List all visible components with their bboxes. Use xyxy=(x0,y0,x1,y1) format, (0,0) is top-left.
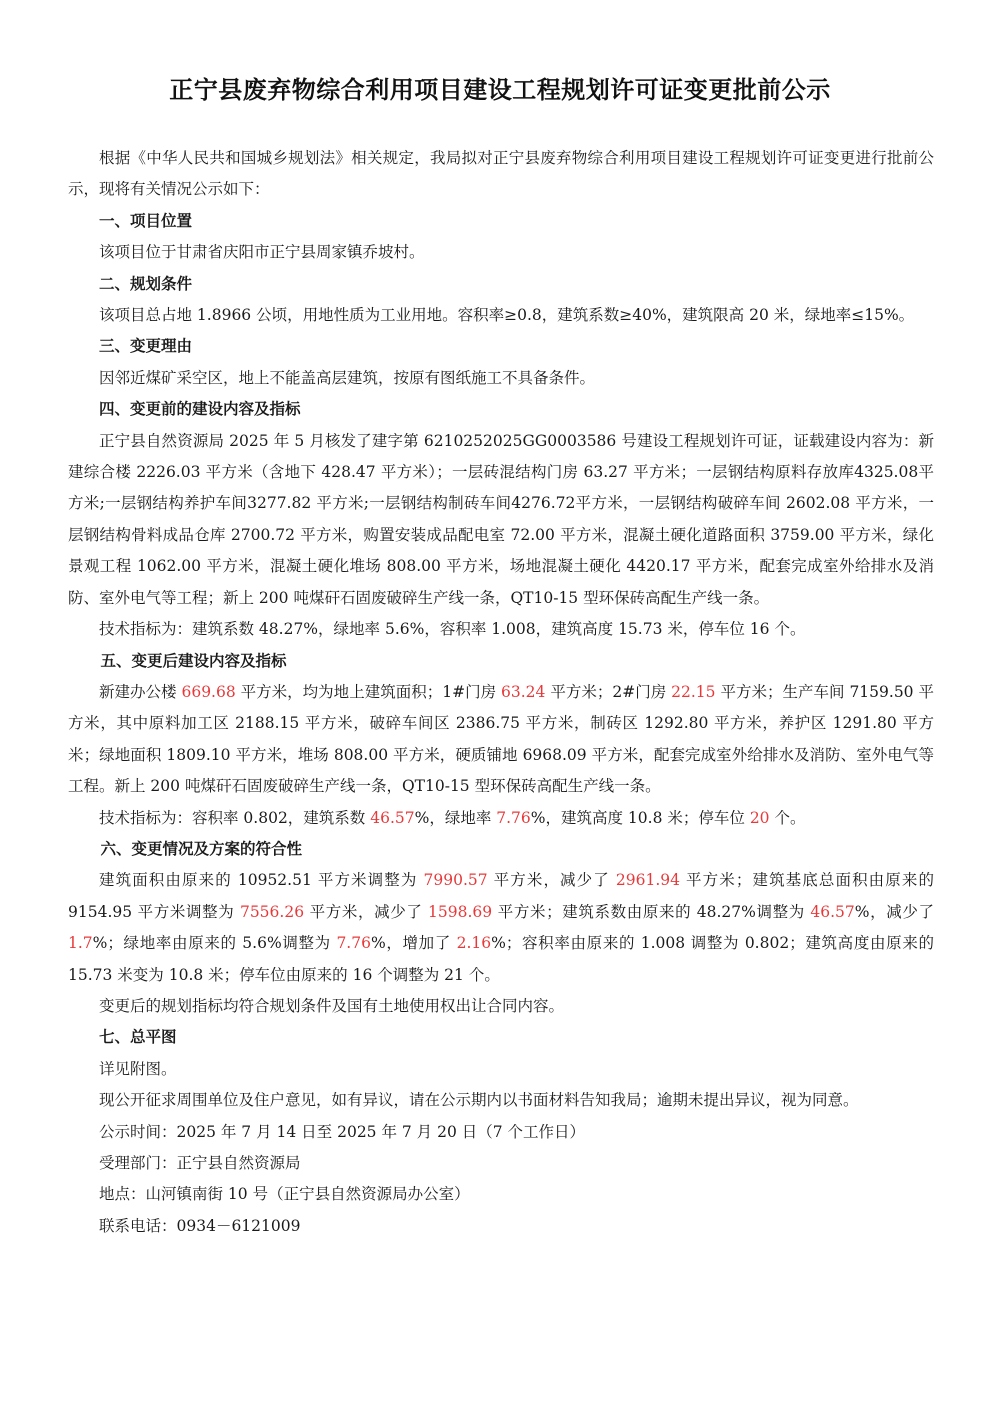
solicit-paragraph: 现公开征求周围单位及住户意见，如有异议，请在公示期内以书面材料告知我局；逾期未提… xyxy=(68,1085,934,1116)
green-rate-value: 7.76 xyxy=(496,809,531,827)
section-heading-compliance: 六、变更情况及方案的符合性 xyxy=(68,834,934,865)
text-segment: 平方米，均为地上建筑面积；1#门房 xyxy=(236,683,501,701)
text-segment: %，减少了 xyxy=(855,903,934,921)
text-segment: 个。 xyxy=(770,809,806,827)
contact-phone: 联系电话：0934－6121009 xyxy=(68,1211,934,1242)
planning-conditions-text: 该项目总占地 1.8966 公顷，用地性质为工业用地。容积率≥0.8，建筑系数≥… xyxy=(68,300,934,331)
compliance-content: 建筑面积由原来的 10952.51 平方米调整为 7990.57 平方米，减少了… xyxy=(68,865,934,991)
section-heading-before-change: 四、变更前的建设内容及指标 xyxy=(68,394,934,425)
before-change-content: 正宁县自然资源局 2025 年 5 月核发了建字第 6210252025GG00… xyxy=(68,426,934,614)
notice-page: 正宁县废弃物综合利用项目建设工程规划许可证变更批前公示 根据《中华人民共和国城乡… xyxy=(0,0,1000,1414)
location-text: 该项目位于甘肃省庆阳市正宁县周家镇乔坡村。 xyxy=(68,237,934,268)
building-coef-value: 46.57 xyxy=(370,809,414,827)
after-change-indicators: 技术指标为：容积率 0.802，建筑系数 46.57%，绿地率 7.76%，建筑… xyxy=(68,803,934,834)
base-diff-value: 1598.69 xyxy=(428,903,492,921)
gate1-area-value: 63.24 xyxy=(501,683,545,701)
section-heading-after-change: 五、变更后建设内容及指标 xyxy=(68,646,934,677)
office-area-value: 669.68 xyxy=(181,683,235,701)
text-segment: 平方米，减少了 xyxy=(488,871,616,889)
text-segment: 新建办公楼 xyxy=(99,683,181,701)
notice-period: 公示时间：2025 年 7 月 14 日至 2025 年 7 月 20 日（7 … xyxy=(68,1117,934,1148)
coef-diff-value: 1.7 xyxy=(68,934,93,952)
area-diff-value: 2961.94 xyxy=(616,871,680,889)
green-new-value: 7.76 xyxy=(336,934,371,952)
compliance-conclusion: 变更后的规划指标均符合规划条件及国有土地使用权出让合同内容。 xyxy=(68,991,934,1022)
green-diff-value: 2.16 xyxy=(457,934,492,952)
page-title: 正宁县废弃物综合利用项目建设工程规划许可证变更批前公示 xyxy=(0,70,1000,105)
area-new-value: 7990.57 xyxy=(424,871,488,889)
section-heading-location: 一、项目位置 xyxy=(68,206,934,237)
section-heading-change-reason: 三、变更理由 xyxy=(68,331,934,362)
base-new-value: 7556.26 xyxy=(240,903,304,921)
intro-paragraph: 根据《中华人民共和国城乡规划法》相关规定，我局拟对正宁县废弃物综合利用项目建设工… xyxy=(68,143,934,206)
site-plan-text: 详见附图。 xyxy=(68,1054,934,1085)
text-segment: 平方米；2#门房 xyxy=(545,683,671,701)
section-heading-site-plan: 七、总平图 xyxy=(68,1022,934,1053)
text-segment: %，绿地率 xyxy=(415,809,497,827)
text-segment: 技术指标为：容积率 0.802，建筑系数 xyxy=(99,809,370,827)
parking-value: 20 xyxy=(750,809,770,827)
text-segment: 建筑面积由原来的 10952.51 平方米调整为 xyxy=(99,871,424,889)
section-heading-planning-conditions: 二、规划条件 xyxy=(68,269,934,300)
before-change-indicators: 技术指标为：建筑系数 48.27%，绿地率 5.6%，容积率 1.008，建筑高… xyxy=(68,614,934,645)
text-segment: %；绿地率由原来的 5.6%调整为 xyxy=(93,934,337,952)
text-segment: %，增加了 xyxy=(371,934,457,952)
change-reason-text: 因邻近煤矿采空区，地上不能盖高层建筑，按原有图纸施工不具备条件。 xyxy=(68,363,934,394)
after-change-content: 新建办公楼 669.68 平方米，均为地上建筑面积；1#门房 63.24 平方米… xyxy=(68,677,934,803)
coef-new-value: 46.57 xyxy=(810,903,854,921)
text-segment: 平方米，减少了 xyxy=(304,903,428,921)
text-segment: 平方米；建筑系数由原来的 48.27%调整为 xyxy=(492,903,810,921)
text-segment: %，建筑高度 10.8 米；停车位 xyxy=(531,809,750,827)
notice-body: 根据《中华人民共和国城乡规划法》相关规定，我局拟对正宁县废弃物综合利用项目建设工… xyxy=(68,143,934,1242)
accepting-department: 受理部门：正宁县自然资源局 xyxy=(68,1148,934,1179)
office-location: 地点：山河镇南街 10 号（正宁县自然资源局办公室） xyxy=(68,1179,934,1210)
gate2-area-value: 22.15 xyxy=(671,683,715,701)
